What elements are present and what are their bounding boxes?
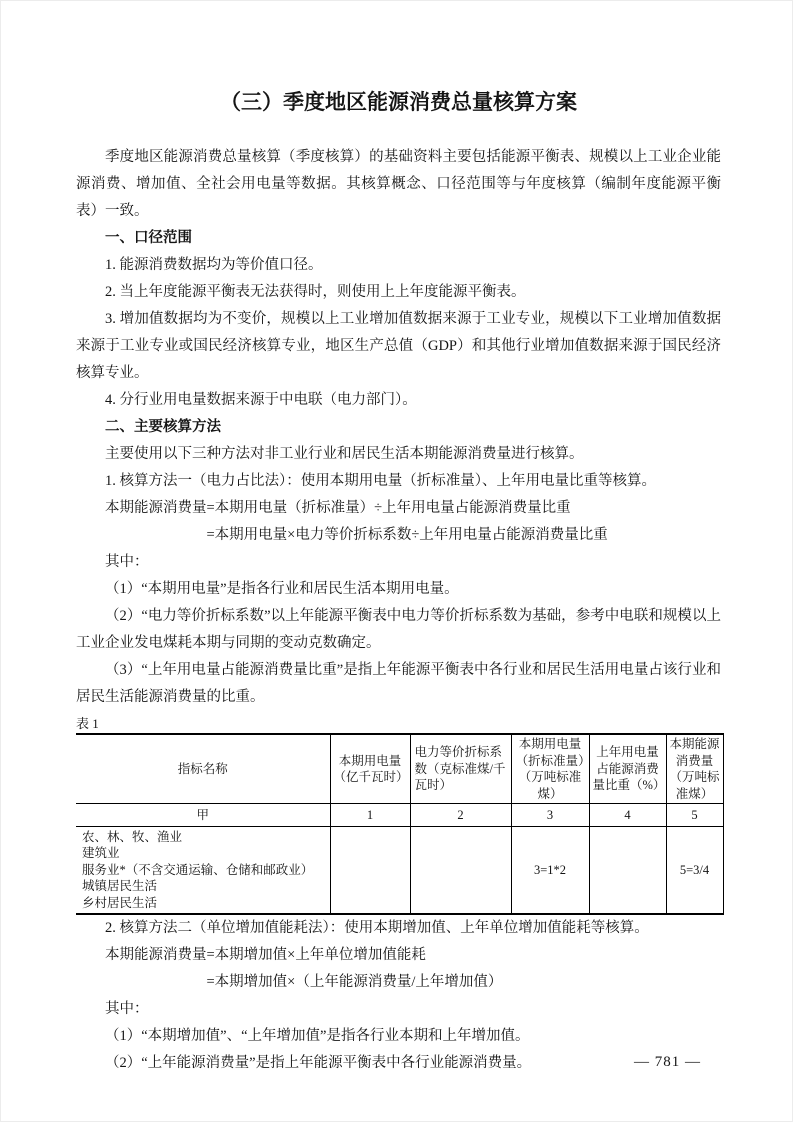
method-1-note-3: （3）“上年用电量占能源消费量比重”是指上年能源平衡表中各行业和居民生活用电量占… [76, 657, 721, 711]
code-cell-3: 3 [511, 804, 589, 827]
method-1-note-1: （1）“本期用电量”是指各行业和居民生活本期用电量。 [76, 576, 721, 603]
header-last-year-share: 上年用电量占能源消费量比重（%） [589, 734, 666, 804]
page-number: — 781 — [634, 1051, 701, 1073]
table-code-row: 甲 1 2 3 4 5 [76, 804, 723, 827]
header-current-electricity-standard: 本期用电量（折标准量）（万吨标准煤） [511, 734, 589, 804]
table-header-row: 指标名称 本期用电量（亿千瓦时） 电力等价折标系数（克标准煤/千瓦时） 本期用电… [76, 734, 723, 804]
scope-item-4: 4. 分行业用电量数据来源于中电联（电力部门）。 [76, 387, 721, 414]
header-current-electricity: 本期用电量（亿千瓦时） [330, 734, 410, 804]
header-current-energy-consumption: 本期能源消费量（万吨标准煤） [666, 734, 723, 804]
code-cell-4: 4 [589, 804, 666, 827]
table-row: 农、林、牧、渔业 建筑业 服务业*（不含交通运输、仓储和邮政业） 城镇居民生活 … [76, 827, 723, 915]
value-cell-2 [410, 827, 511, 915]
table-1: 指标名称 本期用电量（亿千瓦时） 电力等价折标系数（克标准煤/千瓦时） 本期用电… [76, 733, 724, 915]
industry-construction: 建筑业 [82, 845, 327, 862]
section-1-heading: 一、口径范围 [76, 225, 721, 252]
method-1-note-2: （2）“电力等价折标系数”以上年能源平衡表中电力等价折标系数为基础，参考中电联和… [76, 603, 721, 657]
value-cell-5: 5=3/4 [666, 827, 723, 915]
method-2-formula-line-2: =本期增加值×（上年能源消费量/上年增加值） [76, 969, 721, 996]
intro-paragraph: 季度地区能源消费总量核算（季度核算）的基础资料主要包括能源平衡表、规模以上工业企… [76, 144, 721, 225]
method-1-formula-line-2: =本期用电量×电力等价折标系数÷上年用电量占能源消费量比重 [76, 522, 721, 549]
value-cell-3: 3=1*2 [511, 827, 589, 915]
method-2-title: 2. 核算方法二（单位增加值能耗法）：使用本期增加值、上年单位增加值能耗等核算。 [76, 915, 721, 942]
industry-list-cell: 农、林、牧、渔业 建筑业 服务业*（不含交通运输、仓储和邮政业） 城镇居民生活 … [76, 827, 330, 915]
industry-services: 服务业*（不含交通运输、仓储和邮政业） [82, 862, 327, 879]
method-2-note-1: （1）“本期增加值”、“上年增加值”是指各行业本期和上年增加值。 [76, 1023, 721, 1050]
value-cell-1 [330, 827, 410, 915]
method-2-formula-line-1: 本期能源消费量=本期增加值×上年单位增加值能耗 [76, 942, 721, 969]
method-1-title: 1. 核算方法一（电力占比法）：使用本期用电量（折标准量）、上年用电量比重等核算… [76, 468, 721, 495]
header-indicator-name: 指标名称 [76, 734, 330, 804]
code-cell-1: 1 [330, 804, 410, 827]
value-cell-4 [589, 827, 666, 915]
code-cell-jia: 甲 [76, 804, 330, 827]
method-2-notes-label: 其中： [76, 996, 721, 1023]
document-page: （三）季度地区能源消费总量核算方案 季度地区能源消费总量核算（季度核算）的基础资… [0, 0, 793, 1122]
industry-agriculture: 农、林、牧、渔业 [82, 829, 327, 846]
industry-urban-residents: 城镇居民生活 [82, 878, 327, 895]
table-1-label: 表 1 [76, 715, 721, 733]
code-cell-2: 2 [410, 804, 511, 827]
scope-item-2: 2. 当上年度能源平衡表无法获得时，则使用上上年度能源平衡表。 [76, 279, 721, 306]
method-1-notes-label: 其中： [76, 549, 721, 576]
section-2-heading: 二、主要核算方法 [76, 414, 721, 441]
scope-item-3: 3. 增加值数据均为不变价，规模以上工业增加值数据来源于工业专业，规模以下工业增… [76, 306, 721, 387]
header-conversion-coefficient: 电力等价折标系数（克标准煤/千瓦时） [410, 734, 511, 804]
industry-rural-residents: 乡村居民生活 [82, 895, 327, 912]
page-title: （三）季度地区能源消费总量核算方案 [76, 89, 721, 117]
method-1-formula-line-1: 本期能源消费量=本期用电量（折标准量）÷上年用电量占能源消费量比重 [76, 495, 721, 522]
method-2-note-2: （2）“上年能源消费量”是指上年能源平衡表中各行业能源消费量。 [76, 1050, 721, 1077]
section-2-intro: 主要使用以下三种方法对非工业行业和居民生活本期能源消费量进行核算。 [76, 441, 721, 468]
scope-item-1: 1. 能源消费数据均为等价值口径。 [76, 252, 721, 279]
code-cell-5: 5 [666, 804, 723, 827]
